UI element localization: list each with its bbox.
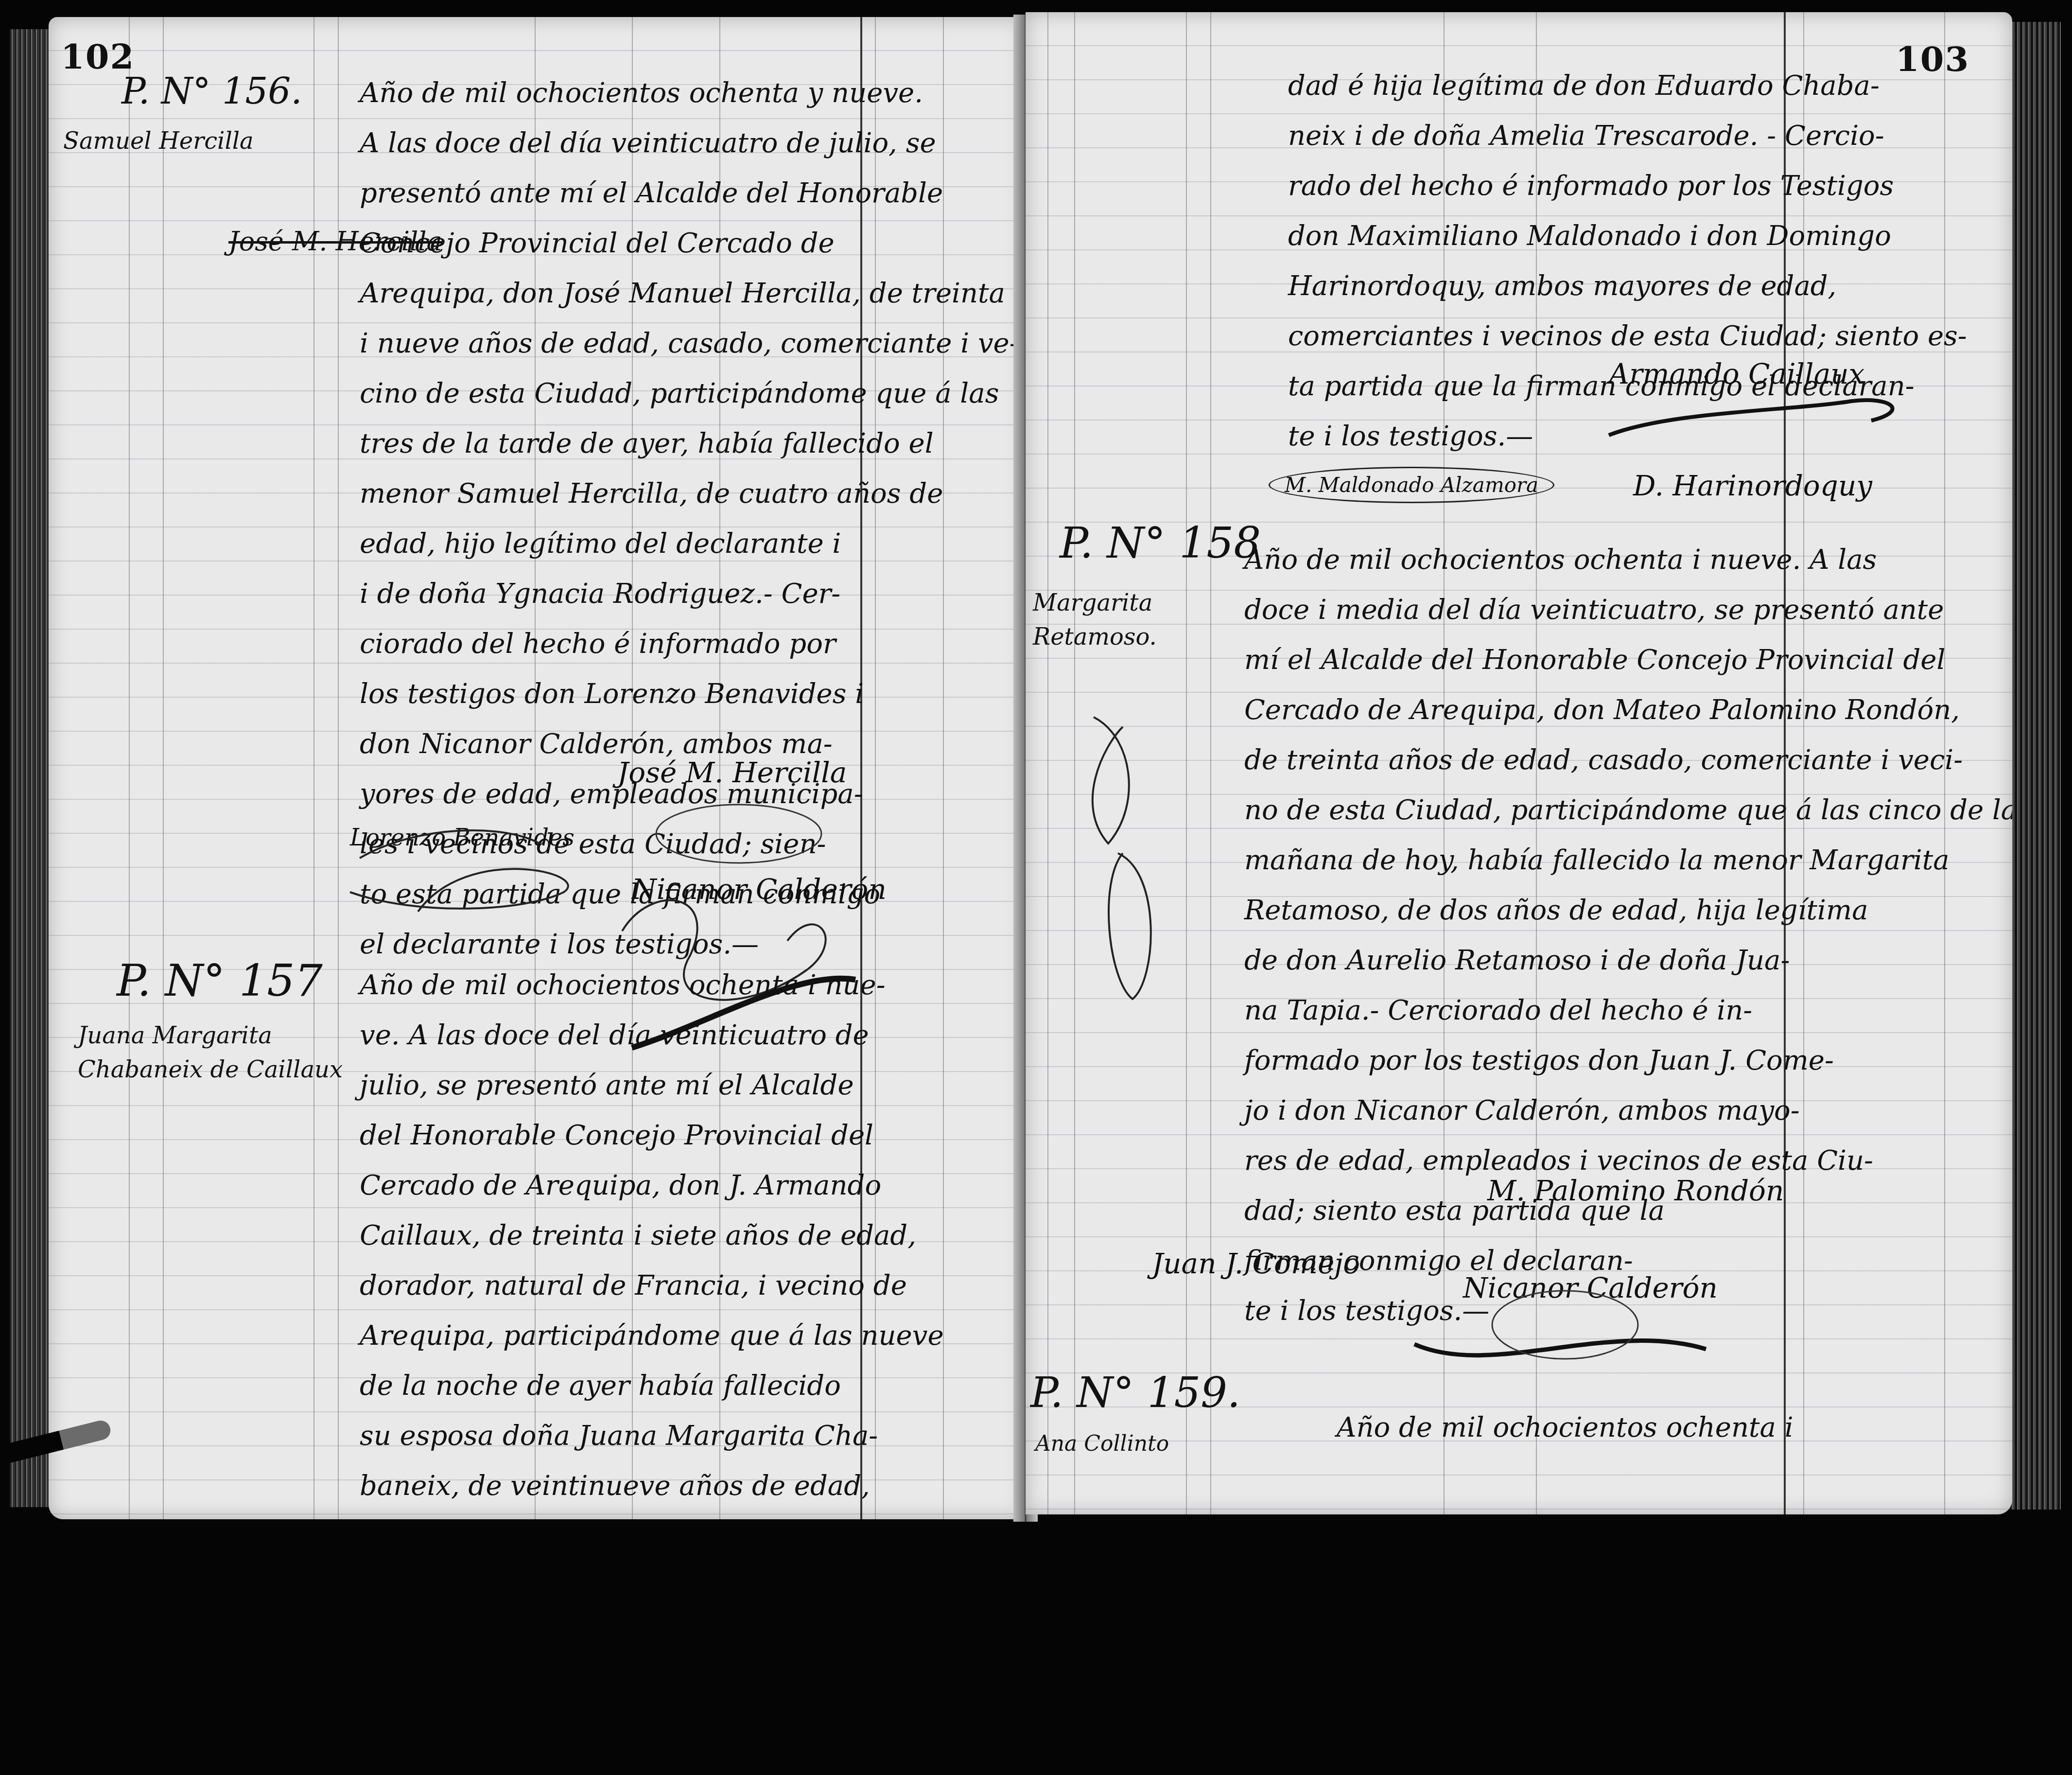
margin-rule [1047,12,1048,1514]
text-line: ve. A las doce del día veinticuatro de [360,1010,944,1060]
text-line: dad é hija legítima de don Eduardo Chaba… [1288,61,1967,111]
text-line: cino de esta Ciudad, participándome que … [360,369,1019,419]
text-line: Arequipa, participándome que á las nueve [360,1311,944,1361]
signature: Armando Caillaux [1609,357,1864,390]
text-line: baneix, de veintinueve años de edad, [360,1461,944,1511]
text-line: presentó ante mí el Alcalde del Honorabl… [360,168,1019,218]
entry-text: Año de mil ochocientos ochenta i [1337,1403,1793,1453]
text-line: del Honorable Concejo Provincial del [360,1110,944,1160]
entry-margin-name: Ana Collinto [1035,1427,1169,1461]
text-line: A las doce del día veinticuatro de julio… [360,118,1019,168]
margin-rule [1210,12,1211,1514]
text-line: mañana de hoy, había fallecido la menor … [1244,835,2012,885]
text-line: comerciantes i vecinos de esta Ciudad; s… [1288,311,1967,361]
left-page: 102 P. N° 156. Samuel Hercilla José M. H… [49,17,1026,1519]
text-line: julio, se presentó ante mí el Alcalde [360,1060,944,1110]
text-line: de treinta años de edad, casado, comerci… [1244,735,2012,785]
text-line: te i los testigos.— [1288,411,1967,461]
text-line: Año de mil ochocientos ochenta i nue- [360,960,944,1010]
page-stack-left-edge [10,29,53,1507]
text-line: Año de mil ochocientos ochenta i [1337,1403,1793,1453]
entry-margin-name: Juana Margarita Chabaneix de Caillaux [78,1019,350,1087]
entry-number: P. N° 156. [122,70,302,112]
text-line: Cercado de Arequipa, don Mateo Palomino … [1244,685,2012,735]
text-line: i de doña Ygnacia Rodriguez.- Cer- [360,569,1019,619]
text-line: doce i media del día veinticuatro, se pr… [1244,585,2012,635]
text-line: menor Samuel Hercilla, de cuatro años de [360,469,1019,519]
signature: M. Palomino Rondón [1487,1174,1784,1207]
text-line: dorador, natural de Francia, i vecino de [360,1261,944,1311]
signature: José M. Hercilla [617,756,847,789]
text-line: edad, hijo legítimo del declarante i [360,519,1019,569]
text-line: Harinordoquy, ambos mayores de edad, [1288,261,1967,311]
text-line: mí el Alcalde del Honorable Concejo Prov… [1244,635,2012,685]
page-stack-right-edge [2007,22,2061,1510]
text-line: de la noche de ayer había fallecido [360,1361,944,1411]
text-line: Retamoso, de dos años de edad, hija legí… [1244,885,2012,935]
entry-number: P. N° 159. [1030,1369,1240,1417]
text-line: Arequipa, don José Manuel Hercilla, de t… [360,268,1019,318]
text-line: Año de mil ochocientos ochenta y nueve. [360,68,1019,118]
text-line: na Tapia.- Cerciorado del hecho é in- [1244,985,2012,1036]
continuation-text: dad é hija legítima de don Eduardo Chaba… [1288,61,1967,461]
signature: D. Harinordoquy [1633,469,1872,502]
ledger-book: 102 P. N° 156. Samuel Hercilla José M. H… [0,0,2072,1775]
entry-number: P. N° 158 [1060,518,1261,568]
signature: Nicanor Calderón [632,873,887,906]
text-line: formado por los testigos don Juan J. Com… [1244,1036,2012,1086]
signature: Nicanor Calderón [1463,1271,1718,1304]
text-line: su esposa doña Juana Margarita Cha- [360,1411,944,1461]
text-line: no de esta Ciudad, participándome que á … [1244,785,2012,835]
text-line: ciorado del hecho é informado por [360,619,1019,669]
margin-rule [1186,12,1187,1514]
text-line: Cercado de Arequipa, don J. Armando [360,1160,944,1211]
margin-rule [163,17,164,1519]
entry-margin-name: Samuel Hercilla [63,124,306,158]
signature: Lorenzo Benavides [350,824,575,851]
entry-margin-name: Margarita Retamoso. [1033,586,1188,654]
margin-rule [129,17,130,1519]
text-line: los testigos don Lorenzo Benavides i [360,669,1019,719]
right-page: 103 dad é hija legítima de don Eduardo C… [1026,12,2012,1514]
margin-rule [1074,12,1075,1514]
entry-text: Año de mil ochocientos ochenta i nueve. … [1244,535,2012,1336]
text-line: rado del hecho é informado por los Testi… [1288,161,1967,211]
text-line: Año de mil ochocientos ochenta i nueve. … [1244,535,2012,585]
text-line: neix i de doña Amelia Trescarode. - Cerc… [1288,111,1967,161]
text-line: jo i don Nicanor Calderón, ambos mayo- [1244,1086,2012,1136]
text-line: casada con el declarante, ocupada en [360,1511,944,1519]
entry-number: P. N° 157 [117,955,323,1006]
text-line: Concejo Provincial del Cercado de [360,218,1019,268]
text-line: Caillaux, de treinta i siete años de eda… [360,1211,944,1261]
text-line: de don Aurelio Retamoso i de doña Jua- [1244,935,2012,985]
entry-text: Año de mil ochocientos ochenta i nue- ve… [360,960,944,1519]
text-line: don Maximiliano Maldonado i don Domingo [1288,211,1967,261]
signature: Juan J. Comejo [1152,1247,1360,1280]
text-line: tres de la tarde de ayer, había fallecid… [360,419,1019,469]
text-line: i nueve años de edad, casado, comerciant… [360,318,1019,369]
signature: M. Maldonado Alzamora [1269,467,1554,503]
